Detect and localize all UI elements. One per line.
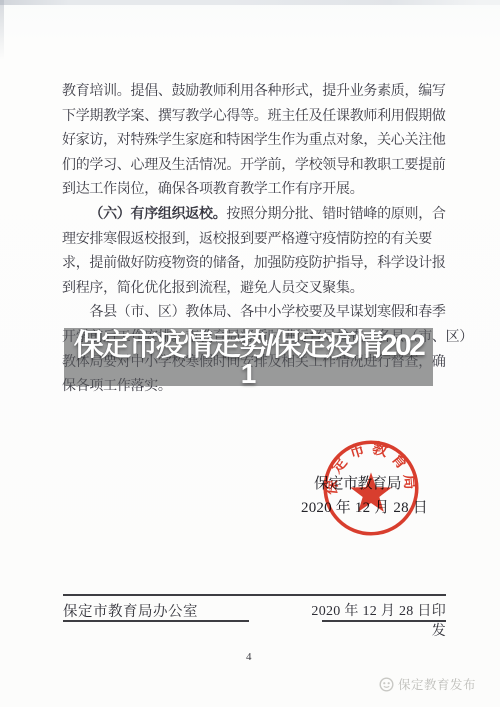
- scan-artifact-top: [0, 0, 500, 5]
- footer-rule-right: [322, 620, 446, 622]
- body-line: 各县（市、区）教体局、各中小学校要及早谋划寒假和春季: [62, 301, 492, 326]
- publisher-watermark: 保定教育发布: [379, 675, 476, 693]
- body-line: 求，提前做好防疫物资的储备，加强防疫防护指导，科学设计报: [62, 252, 492, 277]
- official-red-seal-icon: 保定市教育局: [319, 436, 423, 540]
- scan-artifact-left: [0, 0, 4, 60]
- body-line-section-heading: （六）有序组织返校。按照分期分批、错时错峰的原则，合: [62, 203, 492, 228]
- seal-star-icon: [350, 472, 392, 512]
- body-line: 教育培训。提倡、鼓励教师利用各种形式，提升业务素质，编写: [62, 80, 492, 105]
- body-line: 理安排寒假返校报到，返校报到要严格遵守疫情防控的有关要: [62, 228, 492, 253]
- headline-overlay: 保定市疫情走势/保定疫情202 1: [64, 328, 433, 386]
- publisher-logo-icon: [379, 677, 394, 692]
- headline-line2: 1: [64, 362, 433, 386]
- section-heading-bold: （六）有序组织返校。: [89, 207, 226, 222]
- footer-rule-left: [63, 620, 249, 622]
- page-number: 4: [246, 651, 252, 663]
- body-line: 到达工作岗位，确保各项教育教学工作有序开展。: [62, 178, 492, 203]
- body-line: 下学期教学案、撰写教学心得等。班主任及任课教师利用假期做: [62, 105, 492, 130]
- footer-rule-top: [63, 594, 446, 596]
- scanned-document-page: 教育培训。提倡、鼓励教师利用各种形式，提升业务素质，编写 下学期教学案、撰写教学…: [0, 0, 500, 707]
- body-line: 们的学习、心理及生活情况。开学前，学校领导和教职工要提前: [62, 154, 492, 179]
- body-line: 好家访，对特殊学生家庭和特困学生作为重点对象，关心关注他: [62, 129, 492, 154]
- footer-office: 保定市教育局办公室: [63, 600, 198, 621]
- publisher-watermark-text: 保定教育发布: [398, 675, 476, 693]
- body-line: 到程序，简化优化报到流程，避免人员交叉聚集。: [62, 277, 492, 302]
